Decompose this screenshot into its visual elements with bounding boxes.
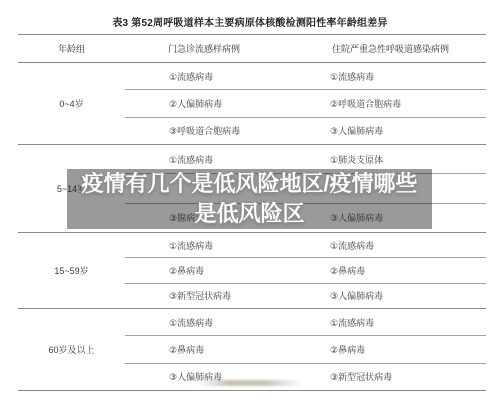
inpatient-pathogen: ①流感病毒: [330, 316, 486, 329]
header-cell-age-group: 年龄组: [18, 42, 125, 55]
inpatient-pathogen: ③新型冠状病毒: [330, 370, 486, 383]
rank-row: ③呼吸道合胞病毒 ③人偏肺病毒: [125, 117, 486, 144]
outpatient-pathogen: ③人偏肺病毒: [125, 370, 330, 383]
inpatient-pathogen: ①流感病毒: [330, 70, 486, 83]
outpatient-pathogen: ③呼吸道合胞病毒: [125, 124, 330, 137]
outpatient-pathogen: ①流感病毒: [125, 316, 330, 329]
outpatient-pathogen: ②人偏肺病毒: [125, 97, 330, 110]
table-row-age-15-59: 15~59岁 ①流感病毒 ①流感病毒 ②鼻病毒 ②鼻病毒 ③新型冠状病毒 ③人偏…: [18, 233, 486, 309]
inpatient-pathogen: ①肺炎支原体: [330, 153, 486, 166]
rank-row: ②鼻病毒 ②鼻病毒: [125, 335, 486, 362]
table-title: 表3 第52周呼吸道样本主要病原体核酸检测阳性率年龄组差异: [0, 14, 500, 29]
inpatient-pathogen: ②鼻病毒: [330, 343, 486, 356]
outpatient-pathogen: ①流感病毒: [125, 239, 330, 252]
rank-row: ①流感病毒 ①流感病毒: [125, 63, 486, 89]
rank-row: ①流感病毒 ①流感病毒: [125, 309, 486, 335]
rank-row: ③人偏肺病毒 ③新型冠状病毒: [125, 363, 486, 390]
outpatient-pathogen: ①流感病毒: [125, 70, 330, 83]
inpatient-pathogen: ②呼吸道合胞病毒: [330, 97, 486, 110]
age-group-label: 0~4岁: [18, 63, 125, 144]
caption-line-2: 是低风险区: [194, 199, 304, 229]
inpatient-pathogen: ②鼻病毒: [330, 264, 486, 277]
age-group-label: 60岁及以上: [18, 309, 125, 390]
table-row-age-0-4: 0~4岁 ①流感病毒 ①流感病毒 ②人偏肺病毒 ②呼吸道合胞病毒 ③呼吸道合胞病…: [18, 63, 486, 145]
age-group-label: 15~59岁: [18, 233, 125, 308]
inpatient-pathogen: ③人偏肺病毒: [330, 289, 486, 302]
inpatient-pathogen: ①流感病毒: [330, 239, 486, 252]
rank-row: ①流感病毒 ①流感病毒: [125, 233, 486, 257]
header-cell-inpatient-sari: 住院严重急性呼吸道感染病例: [330, 42, 486, 55]
table-header-row: 年龄组 门急诊流感样病例 住院严重急性呼吸道感染病例: [18, 35, 486, 63]
inpatient-pathogen: ③人偏肺病毒: [330, 124, 486, 137]
rank-row: ③新型冠状病毒 ③人偏肺病毒: [125, 283, 486, 308]
page: 表3 第52周呼吸道样本主要病原体核酸检测阳性率年龄组差异 年龄组 门急诊流感样…: [0, 0, 500, 402]
caption-line-1: 疫情有几个是低风险地区/疫情哪些: [81, 169, 417, 199]
rank-row: ②人偏肺病毒 ②呼吸道合胞病毒: [125, 89, 486, 116]
caption-overlay-banner: 疫情有几个是低风险地区/疫情哪些 是低风险区: [67, 169, 432, 229]
outpatient-pathogen: ②鼻病毒: [125, 343, 330, 356]
outpatient-pathogen: ②鼻病毒: [125, 264, 330, 277]
table-row-age-60-plus: 60岁及以上 ①流感病毒 ①流感病毒 ②鼻病毒 ②鼻病毒 ③人偏肺病毒 ③新型冠…: [18, 309, 486, 391]
header-cell-outpatient-ili: 门急诊流感样病例: [125, 42, 330, 55]
rank-row: ②鼻病毒 ②鼻病毒: [125, 257, 486, 282]
outpatient-pathogen: ③新型冠状病毒: [125, 289, 330, 302]
outpatient-pathogen: ①流感病毒: [125, 153, 330, 166]
